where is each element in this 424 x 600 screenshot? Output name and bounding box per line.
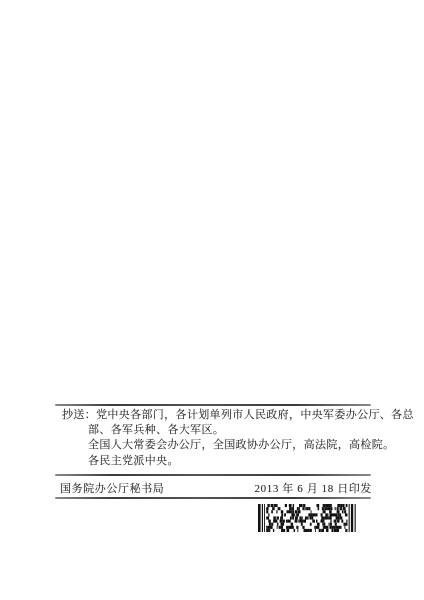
barcode-icon [258, 504, 358, 532]
separator-rule-middle [55, 474, 371, 476]
cc-line-4: 各民主党派中央。 [88, 454, 374, 469]
cc-line-2: 部、各军兵种、各大军区。 [88, 423, 374, 438]
cc-line: 抄送：党中央各部门，各计划单列市人民政府，中央军委办公厅、各总 [62, 408, 374, 423]
cc-line-3: 全国人大常委会办公厅，全国政协办公厅，高法院，高检院。 [88, 438, 374, 453]
separator-rule-bottom [55, 497, 371, 499]
cc-line-1: 党中央各部门，各计划单列市人民政府，中央军委办公厅、各总 [96, 409, 414, 421]
imprint-row: 国务院办公厅秘书局 2013 年 6 月 18 日印发 [60, 480, 372, 496]
print-date: 2013 年 6 月 18 日印发 [255, 480, 372, 496]
scanned-document-page: 抄送：党中央各部门，各计划单列市人民政府，中央军委办公厅、各总 部、各军兵种、各… [0, 0, 424, 600]
copy-distribution-block: 抄送：党中央各部门，各计划单列市人民政府，中央军委办公厅、各总 部、各军兵种、各… [62, 408, 374, 469]
cc-label: 抄送： [62, 409, 96, 421]
separator-rule-top [55, 404, 371, 406]
issuing-office: 国务院办公厅秘书局 [60, 480, 164, 496]
